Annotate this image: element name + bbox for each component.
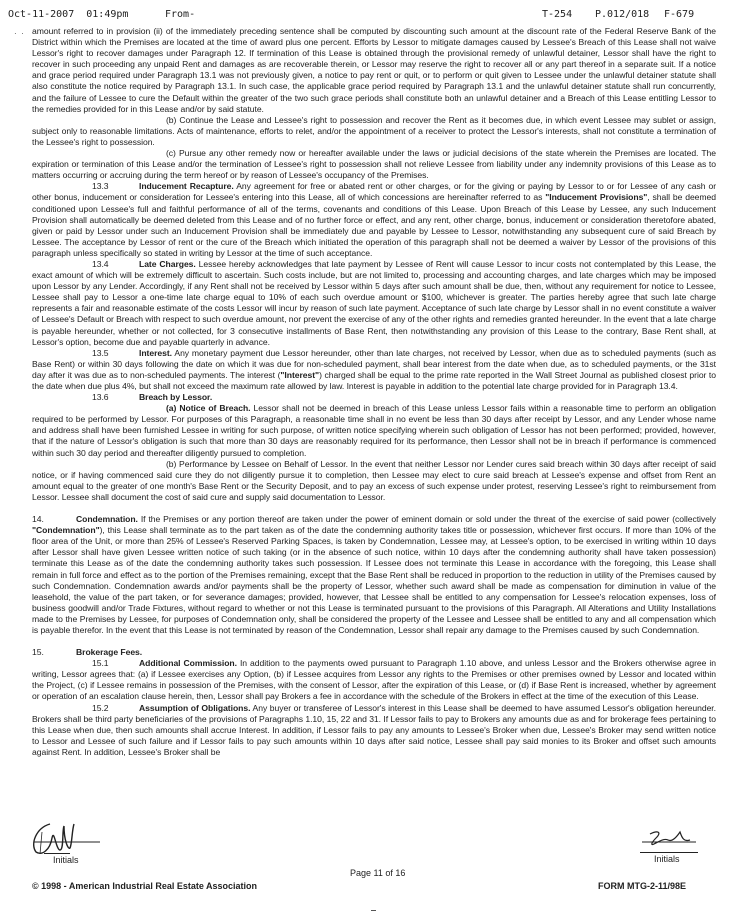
paragraph-13-2-b: (b) Continue the Lease and Lessee's righ… (32, 115, 716, 148)
section-14: 14.Condemnation. If the Premises or any … (32, 514, 716, 636)
initials-label-right: Initials (654, 854, 680, 864)
section-13-6: 13.6Breach by Lessor. (32, 392, 716, 403)
section-heading: Condemnation. (76, 514, 138, 524)
section-13-4: 13.4Late Charges. Lessee hereby acknowle… (32, 259, 716, 348)
initials-signature-right-icon (640, 828, 700, 854)
paragraph-13-2-continuation: amount referred to in provision (ii) of … (32, 26, 716, 115)
fax-transmission-id: T-254 (542, 9, 572, 20)
defined-term: "Inducement Provisions" (545, 192, 647, 202)
initials-label-left: Initials (53, 855, 79, 865)
margin-mark: · · (14, 29, 24, 38)
scan-mark (371, 910, 376, 911)
fax-number: F-679 (664, 9, 694, 20)
initials-line-right (640, 852, 698, 853)
subsection-heading: (a) Notice of Breach. (166, 403, 251, 413)
fax-page-number: P.012/018 (595, 9, 649, 20)
fax-header: Oct-11-2007 01:49pm From- T-254 P.012/01… (0, 9, 750, 23)
section-heading: Assumption of Obligations. (139, 703, 250, 713)
fax-from: From- (165, 9, 195, 20)
section-number: 15. (32, 647, 76, 658)
defined-term: "Condemnation" (32, 525, 100, 535)
initials-line-left (44, 853, 70, 854)
section-13-5: 13.5Interest. Any monetary payment due L… (32, 348, 716, 392)
page-number: Page 11 of 16 (350, 868, 405, 878)
section-heading: Breach by Lessor. (139, 392, 212, 402)
form-number: FORM MTG-2-11/98E (598, 881, 686, 891)
section-heading: Additional Commission. (139, 658, 237, 668)
copyright-notice: © 1998 - American Industrial Real Estate… (32, 881, 257, 891)
section-13-6-a: (a) Notice of Breach. Lessor shall not b… (32, 403, 716, 458)
fax-datetime: Oct-11-2007 01:49pm (8, 9, 128, 20)
section-heading: Inducement Recapture. (139, 181, 234, 191)
section-number: 13.6 (32, 392, 139, 403)
section-13-3: 13.3Inducement Recapture. Any agreement … (32, 181, 716, 259)
section-heading: Brokerage Fees. (76, 647, 142, 657)
defined-term: "Interest" (280, 370, 319, 380)
section-number: 13.5 (32, 348, 139, 359)
section-13-6-b: (b) Performance by Lessee on Behalf of L… (32, 459, 716, 503)
section-15-2: 15.2Assumption of Obligations. Any buyer… (32, 703, 716, 758)
section-number: 15.2 (32, 703, 139, 714)
section-heading: Interest. (139, 348, 172, 358)
document-body: amount referred to in provision (ii) of … (32, 26, 716, 758)
section-15-1: 15.1Additional Commission. In addition t… (32, 658, 716, 702)
paragraph-13-2-c: (c) Pursue any other remedy now or herea… (32, 148, 716, 181)
section-number: 13.4 (32, 259, 139, 270)
section-heading: Late Charges. (139, 259, 196, 269)
section-number: 13.3 (32, 181, 139, 192)
section-number: 15.1 (32, 658, 139, 669)
section-15: 15.Brokerage Fees. (32, 647, 716, 658)
section-number: 14. (32, 514, 76, 525)
